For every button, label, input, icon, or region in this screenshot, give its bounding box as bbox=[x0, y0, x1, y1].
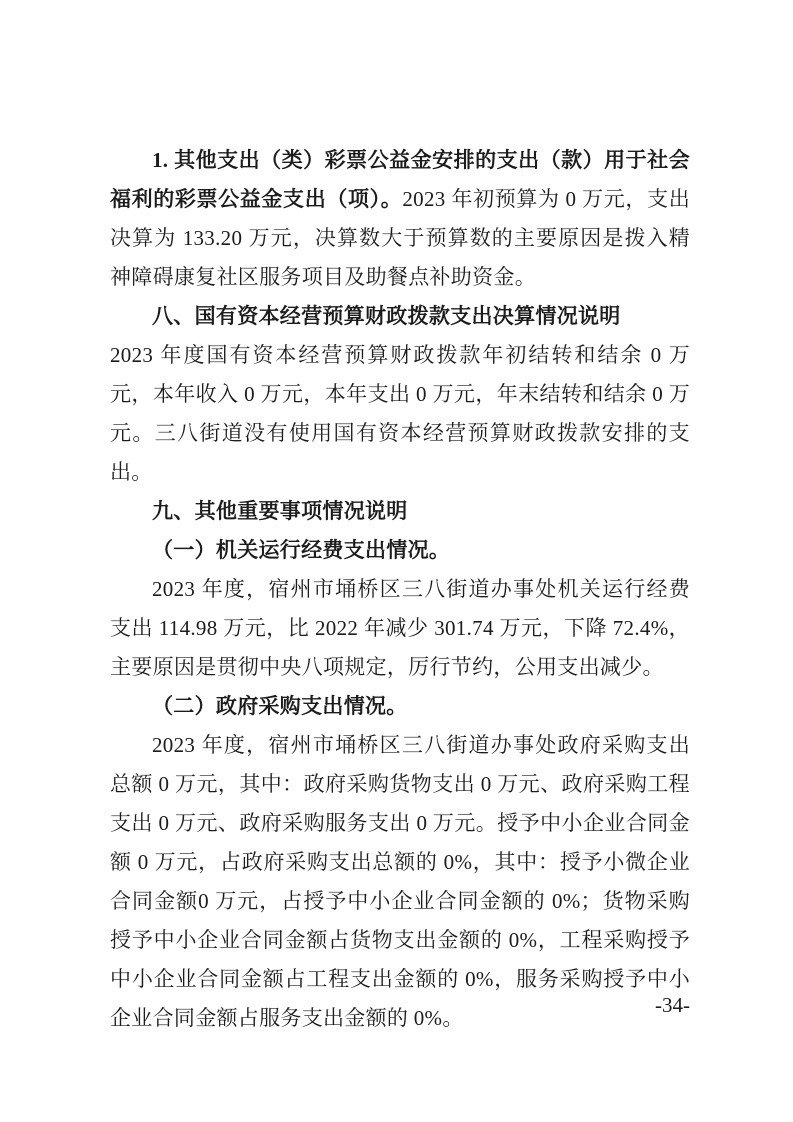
paragraph-operating-expense: 2023 年度，宿州市埇桥区三八街道办事处机关运行经费支出 114.98 万元，… bbox=[110, 570, 690, 687]
paragraph-government-procurement: 2023 年度，宿州市埇桥区三八街道办事处政府采购支出总额 0 万元，其中：政府… bbox=[110, 726, 690, 1038]
heading-section-8-state-capital-budget: 八、国有资本经营预算财政拨款支出决算情况说明 bbox=[110, 297, 690, 336]
heading-section-9-other-important-matters: 九、其他重要事项情况说明 bbox=[110, 492, 690, 531]
page-number: -34- bbox=[655, 986, 690, 1025]
heading-9-1-operating-expense: （一）机关运行经费支出情况。 bbox=[110, 531, 690, 570]
document-page: 1. 其他支出（类）彩票公益金安排的支出（款）用于社会福利的彩票公益金支出（项）… bbox=[0, 0, 793, 1122]
paragraph-lottery-public-welfare: 1. 其他支出（类）彩票公益金安排的支出（款）用于社会福利的彩票公益金支出（项）… bbox=[110, 141, 690, 297]
document-body: 1. 其他支出（类）彩票公益金安排的支出（款）用于社会福利的彩票公益金支出（项）… bbox=[110, 141, 690, 1038]
paragraph-state-capital-budget: 2023 年度国有资本经营预算财政拨款年初结转和结余 0 万元，本年收入 0 万… bbox=[110, 336, 690, 492]
heading-9-2-government-procurement: （二）政府采购支出情况。 bbox=[110, 687, 690, 726]
